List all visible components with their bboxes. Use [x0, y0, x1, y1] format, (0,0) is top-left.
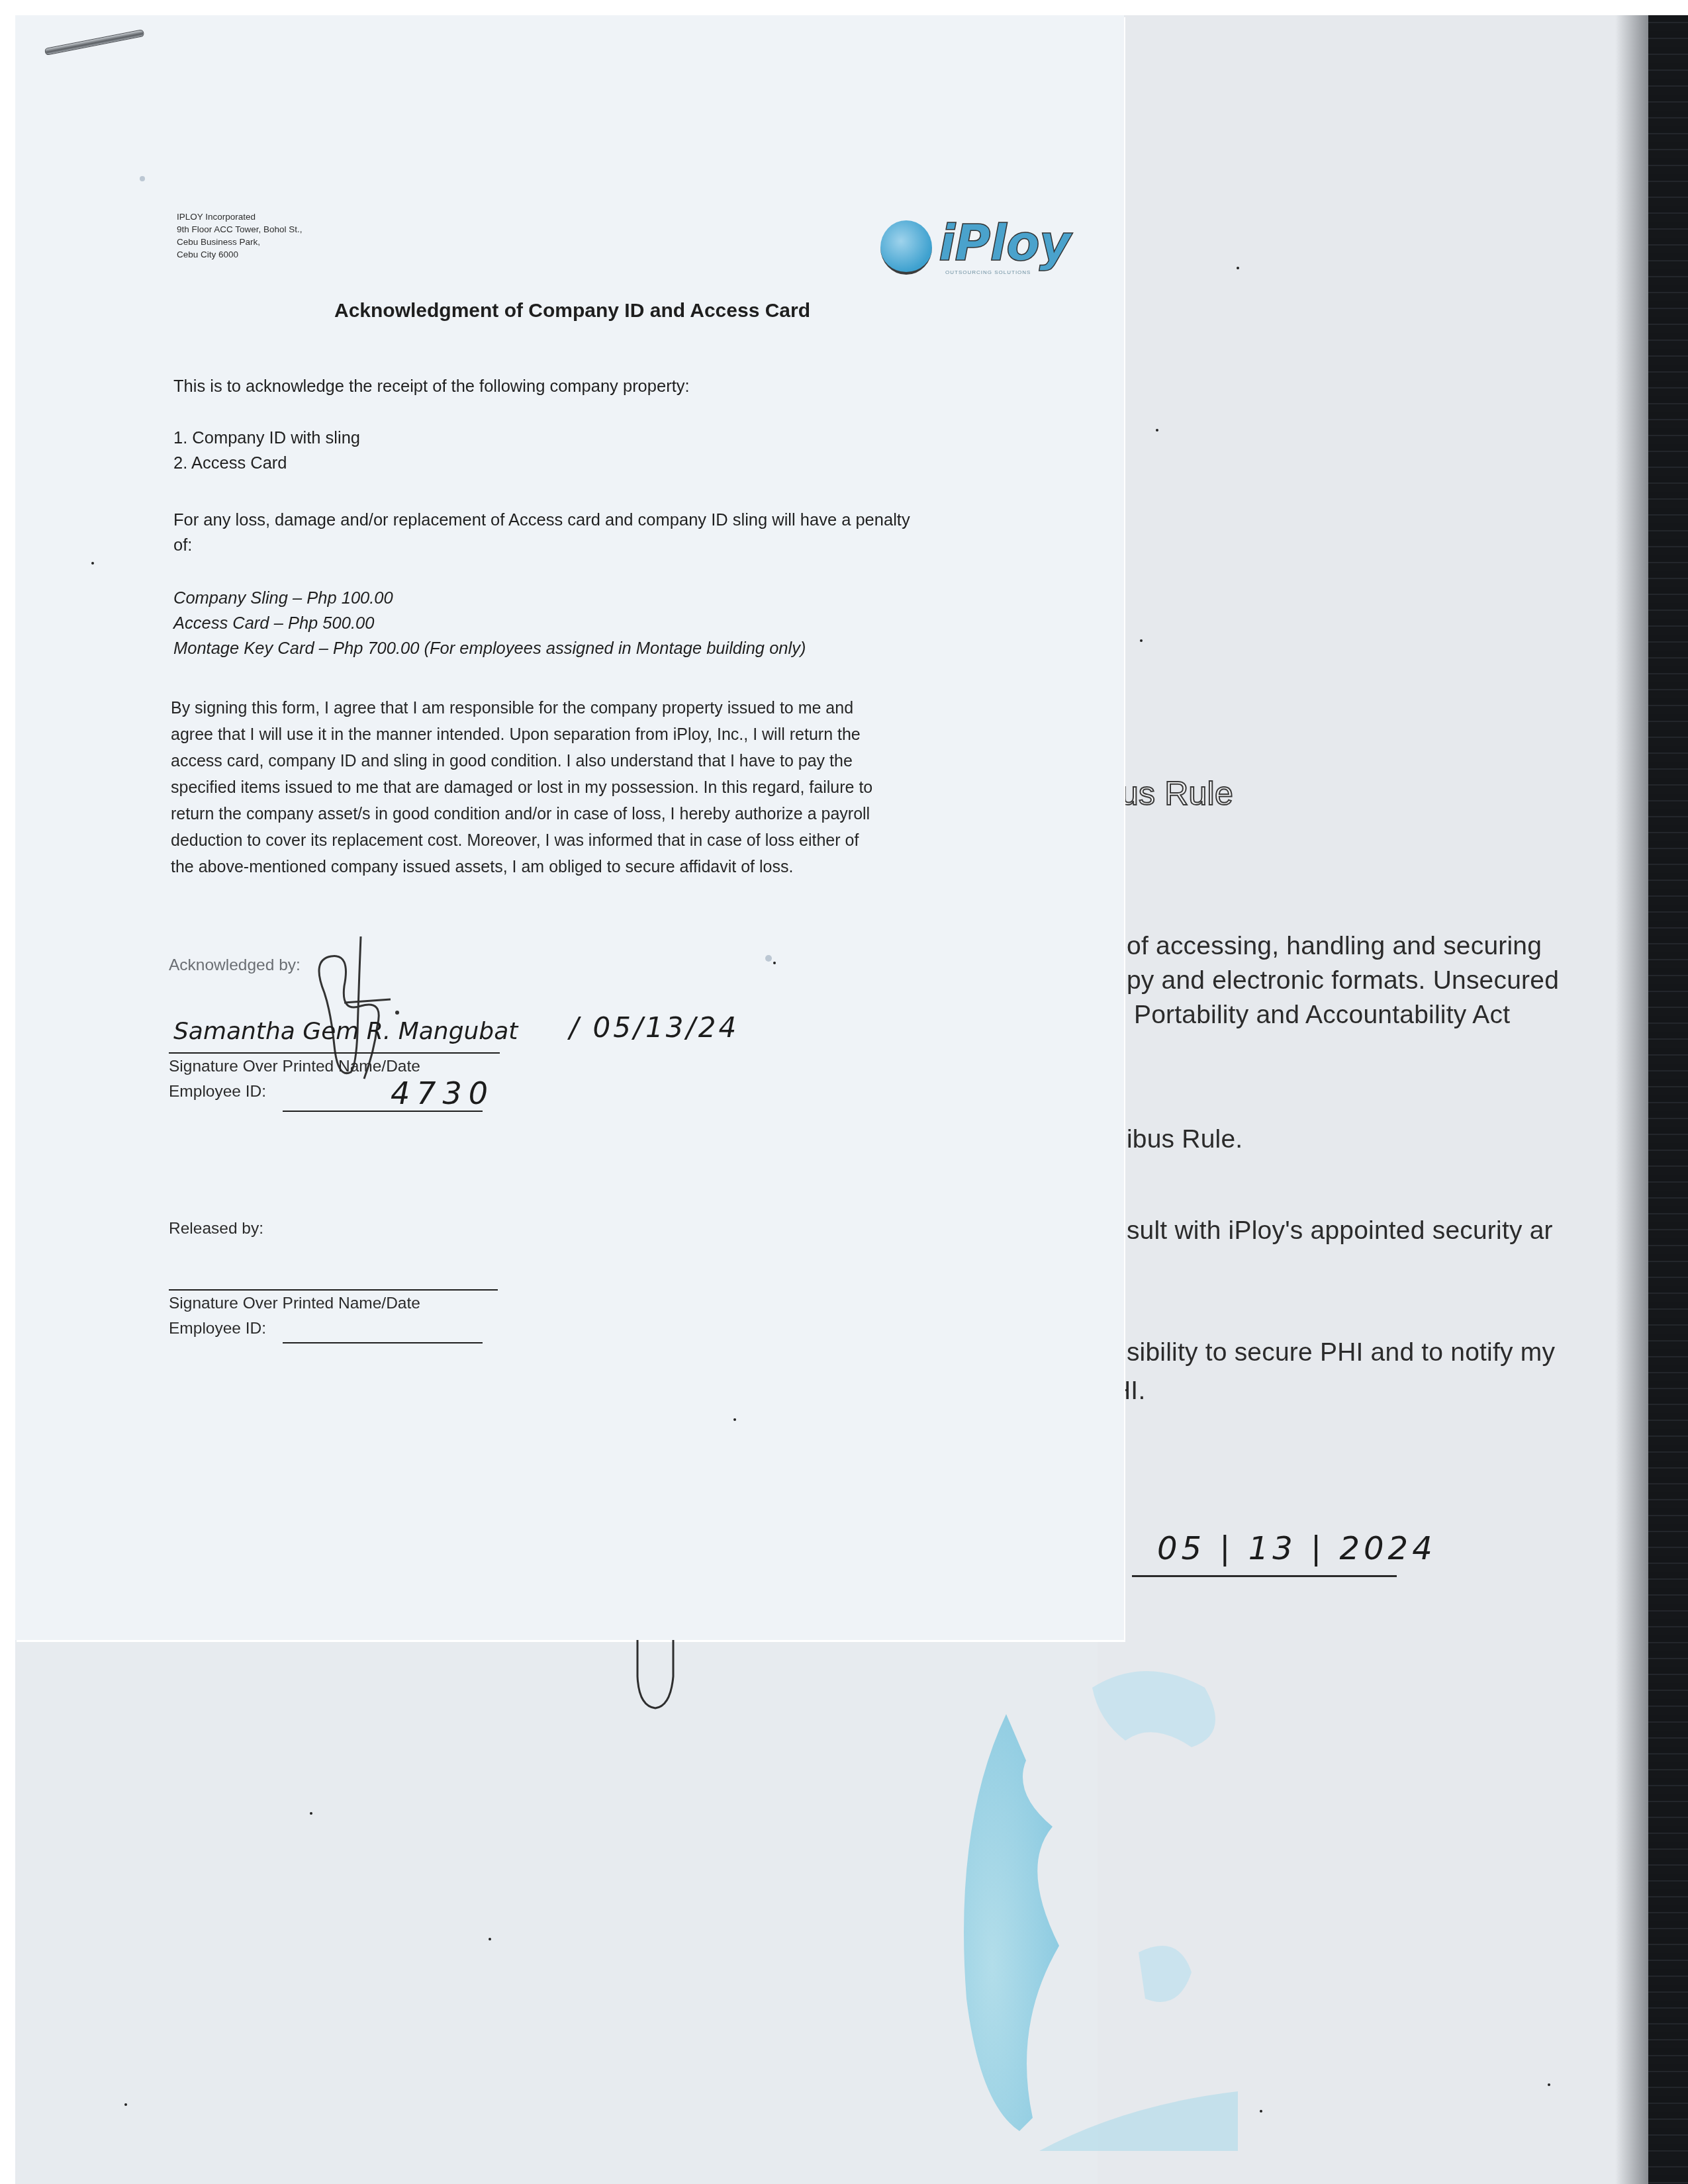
back-date-underline	[1132, 1575, 1397, 1577]
agreement-line: By signing this form, I agree that I am …	[171, 695, 998, 721]
released-signature-line[interactable]	[169, 1289, 498, 1291]
logo-tagline: OUTSOURCING SOLUTIONS	[945, 269, 1031, 275]
agreement-line: agree that I will use it in the manner i…	[171, 721, 998, 748]
agreement-line: specified items issued to me that are da…	[171, 774, 998, 801]
back-page-line: nsult with iPloy's appointed security ar	[1112, 1216, 1553, 1246]
company-address-line: Cebu City 6000	[177, 248, 303, 261]
acknowledged-by-label: Acknowledged by:	[169, 956, 301, 975]
scanner-edge-shadow	[1615, 15, 1648, 2184]
penalty-intro: For any loss, damage and/or replacement …	[173, 511, 910, 530]
back-page-line: / of accessing, handling and securing	[1112, 932, 1542, 961]
scanner-black-edge	[1648, 15, 1688, 2184]
released-by-label: Released by:	[169, 1220, 263, 1238]
back-page-heading: us Rule	[1120, 774, 1233, 813]
property-item: 1. Company ID with sling	[173, 429, 360, 448]
agreement-paragraph: By signing this form, I agree that I am …	[171, 695, 998, 880]
released-employee-id-line[interactable]	[283, 1342, 483, 1343]
penalty-item: Access Card – Php 500.00	[173, 614, 374, 633]
penalty-item: Company Sling – Php 100.00	[173, 589, 393, 608]
company-address-line: Cebu Business Park,	[177, 236, 303, 248]
globe-swoosh-icon	[880, 220, 932, 275]
employee-id-handwritten: 4730	[391, 1075, 494, 1111]
agreement-line: the above-mentioned company issued asset…	[171, 854, 998, 880]
back-page-line: opy and electronic formats. Unsecured	[1112, 966, 1559, 995]
logo-wordmark: iPloy	[939, 215, 1070, 272]
penalty-intro-continued: of:	[173, 536, 192, 555]
back-document-page	[1098, 15, 1648, 2184]
back-page-line: nsibility to secure PHI and to notify my	[1112, 1338, 1555, 1367]
agreement-line: return the company asset/s in good condi…	[171, 801, 998, 827]
acknowledged-name-handwritten: Samantha Gem R. Mangubat	[173, 1018, 518, 1045]
company-name: IPLOY Incorporated	[177, 210, 303, 223]
released-employee-id-label: Employee ID:	[169, 1320, 266, 1338]
intro-text: This is to acknowledge the receipt of th…	[173, 377, 690, 396]
acknowledged-signature-line	[169, 1052, 500, 1054]
back-page-line: e Portability and Accountability Act	[1112, 1001, 1510, 1030]
property-item: 2. Access Card	[173, 454, 287, 473]
acknowledged-employee-id-line	[283, 1111, 483, 1112]
underlying-sheet-bottom	[15, 1640, 1098, 2184]
acknowledged-signature-caption: Signature Over Printed Name/Date	[169, 1058, 420, 1076]
back-page-line: nibus Rule.	[1112, 1125, 1243, 1154]
released-signature-caption: Signature Over Printed Name/Date	[169, 1295, 420, 1313]
acknowledged-employee-id-label: Employee ID:	[169, 1083, 266, 1101]
agreement-line: deduction to cover its replacement cost.…	[171, 827, 998, 854]
company-address-line: 9th Floor ACC Tower, Bohol St.,	[177, 223, 303, 236]
paper-clip-icon	[632, 1640, 679, 1713]
acknowledged-date-handwritten: / 05/13/24	[569, 1011, 739, 1044]
document-title: Acknowledgment of Company ID and Access …	[334, 300, 810, 322]
company-letterhead: IPLOY Incorporated 9th Floor ACC Tower, …	[177, 210, 303, 261]
back-handwritten-date: 05 | 13 | 2024	[1157, 1530, 1436, 1567]
penalty-item: Montage Key Card – Php 700.00 (For emplo…	[173, 639, 806, 659]
agreement-line: access card, company ID and sling in goo…	[171, 748, 998, 774]
iploy-logo: iPloy OUTSOURCING SOLUTIONS	[880, 215, 1053, 281]
